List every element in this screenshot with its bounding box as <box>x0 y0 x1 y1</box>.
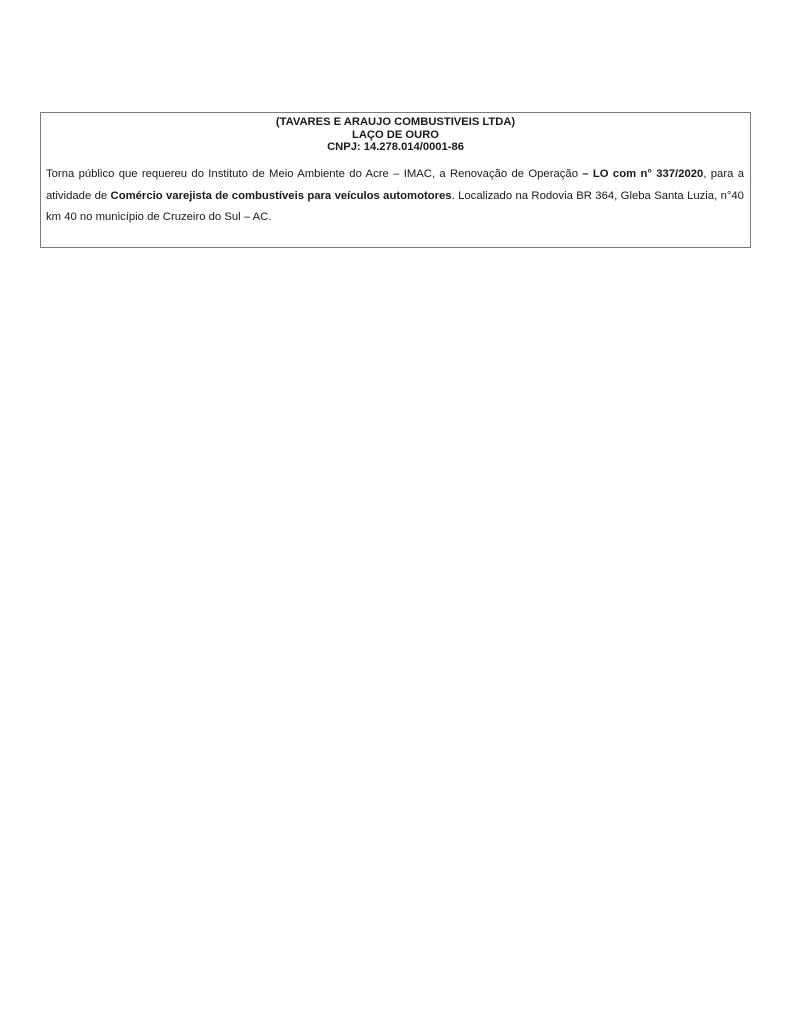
cnpj: CNPJ: 14.278.014/0001-86 <box>41 141 750 154</box>
license-number: – LO com n° 337/2020 <box>582 168 703 180</box>
public-notice-box: (TAVARES E ARAUJO COMBUSTIVEIS LTDA) LAÇ… <box>40 112 751 248</box>
notice-heading: (TAVARES E ARAUJO COMBUSTIVEIS LTDA) LAÇ… <box>41 116 750 154</box>
trade-name: LAÇO DE OURO <box>41 129 750 142</box>
body-part-1: Torna público que requereu do Instituto … <box>46 168 582 180</box>
company-name: (TAVARES E ARAUJO COMBUSTIVEIS LTDA) <box>41 116 750 129</box>
notice-body: Torna público que requereu do Instituto … <box>46 164 744 229</box>
activity-description: Comércio varejista de combustíveis para … <box>111 190 452 202</box>
